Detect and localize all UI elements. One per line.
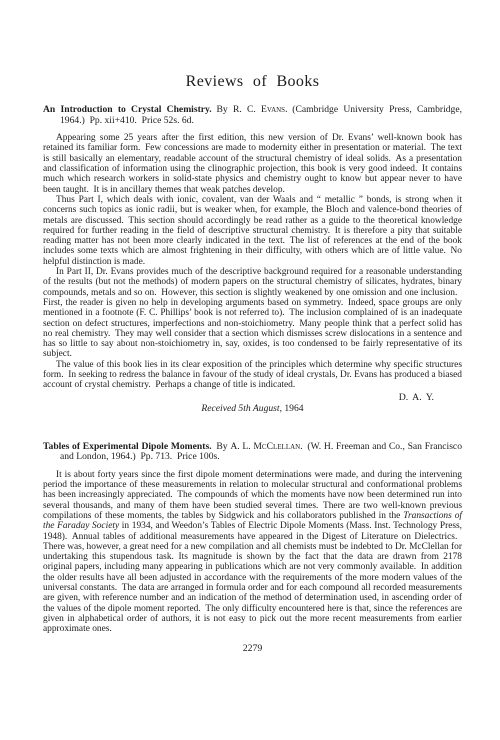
review-paragraph: The value of this book lies in its clear… bbox=[43, 360, 462, 391]
book-title: An Introduction to Crystal Chemistry. bbox=[43, 104, 212, 115]
book-title: Tables of Experimental Dipole Moments. bbox=[43, 441, 212, 452]
page-number: 2279 bbox=[43, 643, 462, 654]
paragraph-text: It is about forty years since the first … bbox=[43, 470, 462, 521]
review-paragraph: It is about forty years since the first … bbox=[43, 470, 462, 635]
review-crystal-chemistry: An Introduction to Crystal Chemistry. By… bbox=[43, 105, 462, 415]
review-heading: An Introduction to Crystal Chemistry. By… bbox=[43, 105, 462, 126]
byline: By bbox=[212, 441, 231, 452]
journal-page: Reviews of Books An Introduction to Crys… bbox=[0, 0, 500, 740]
review-paragraph: In Part II, Dr. Evans provides much of t… bbox=[43, 267, 462, 360]
page-title: Reviews of Books bbox=[43, 73, 462, 91]
author-name: R. C. Evans. bbox=[233, 104, 288, 115]
reviewer-initials: D. A. Y. bbox=[43, 393, 434, 404]
review-heading: Tables of Experimental Dipole Moments. B… bbox=[43, 442, 462, 463]
review-paragraph: Thus Part I, which deals with ionic, cov… bbox=[43, 195, 462, 267]
review-dipole-moments: Tables of Experimental Dipole Moments. B… bbox=[43, 442, 462, 635]
paragraph-text: in 1934, and Weedon’s Tables of Electric… bbox=[43, 521, 462, 634]
received-date: Received 5th August, 1964 bbox=[43, 404, 462, 415]
author-name: A. L. McClellan. bbox=[230, 441, 302, 452]
byline: By bbox=[212, 104, 233, 115]
text-column: Reviews of Books An Introduction to Crys… bbox=[43, 0, 462, 654]
received-date-italic: Received 5th August, bbox=[201, 403, 282, 414]
received-date-year: 1964 bbox=[282, 403, 304, 414]
review-paragraph: Appearing some 25 years after the first … bbox=[43, 133, 462, 195]
